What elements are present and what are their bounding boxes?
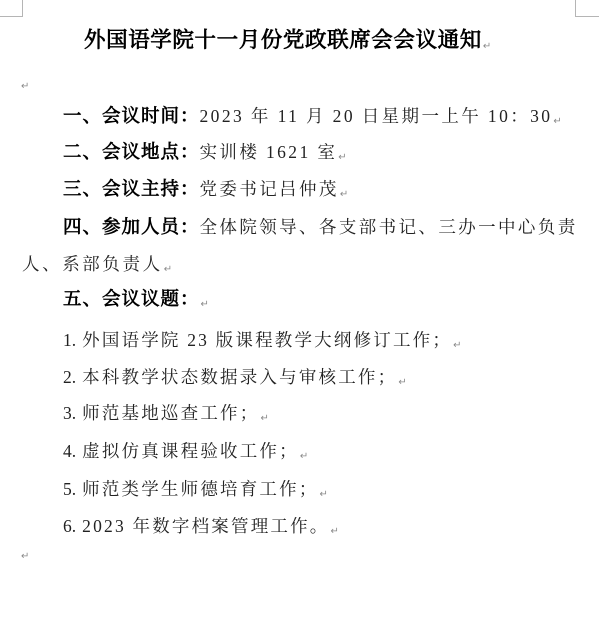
paragraph-mark-icon: ↵ xyxy=(338,152,347,163)
agenda-item-text: 师范类学生师德培育工作； xyxy=(82,479,318,499)
margin-corner-mark-top-right xyxy=(575,0,599,17)
section-value-continuation: 人、系部负责人 xyxy=(22,254,163,274)
paragraph-mark-icon: ↵ xyxy=(260,413,271,424)
paragraph-mark-icon: ↵ xyxy=(21,81,29,92)
agenda-item[interactable]: 4.虚拟仿真课程验收工作；↵ xyxy=(63,439,310,463)
agenda-item[interactable]: 6.2023 年数字档案管理工作。↵ xyxy=(63,514,341,538)
section-attendees[interactable]: 四、参加人员：全体院领导、各支部书记、三办一中心负责 xyxy=(63,215,578,239)
section-agenda[interactable]: 五、会议议题：↵ xyxy=(63,288,209,312)
agenda-item[interactable]: 1.外国语学院 23 版课程教学大纲修订工作；↵ xyxy=(63,328,464,352)
paragraph-mark-icon: ↵ xyxy=(398,377,409,388)
margin-corner-mark-top-left xyxy=(0,0,23,17)
document-page[interactable]: 外国语学院十一月份党政联席会会议通知↵ ↵ 一、会议时间：2023 年 11 月… xyxy=(0,0,614,624)
agenda-item-number: 4. xyxy=(63,441,76,461)
agenda-item-number: 5. xyxy=(63,479,76,499)
agenda-item-number: 3. xyxy=(63,403,76,423)
section-value: 党委书记吕仲茂 xyxy=(200,179,339,199)
section-label: 二、会议地点： xyxy=(63,142,200,163)
section-meeting-time[interactable]: 一、会议时间：2023 年 11 月 20 日星期一上午 10：30↵ xyxy=(63,104,562,128)
document-title[interactable]: 外国语学院十一月份党政联席会会议通知↵ xyxy=(84,29,492,53)
agenda-item-number: 2. xyxy=(63,367,76,387)
section-value: 2023 年 11 月 20 日星期一上午 10：30 xyxy=(200,106,553,126)
agenda-item-number: 1. xyxy=(63,330,76,350)
empty-paragraph[interactable]: ↵ xyxy=(20,540,29,564)
paragraph-mark-icon: ↵ xyxy=(483,41,492,52)
paragraph-mark-icon: ↵ xyxy=(453,340,464,351)
document-title-text: 外国语学院十一月份党政联席会会议通知 xyxy=(84,28,482,53)
section-label: 三、会议主持： xyxy=(63,179,200,200)
agenda-item-number: 6. xyxy=(63,516,76,536)
section-value: 全体院领导、各支部书记、三办一中心负责 xyxy=(200,217,578,237)
section-value: 实训楼 1621 室 xyxy=(200,142,338,162)
section-meeting-location[interactable]: 二、会议地点：实训楼 1621 室↵ xyxy=(63,140,347,164)
section-attendees-continuation[interactable]: 人、系部负责人↵ xyxy=(22,252,175,276)
paragraph-mark-icon: ↵ xyxy=(340,189,349,200)
section-meeting-host[interactable]: 三、会议主持：党委书记吕仲茂↵ xyxy=(63,177,349,201)
agenda-item-text: 外国语学院 23 版课程教学大纲修订工作； xyxy=(82,330,452,350)
agenda-item-text: 虚拟仿真课程验收工作； xyxy=(82,441,299,461)
agenda-item-text: 本科教学状态数据录入与审核工作； xyxy=(82,367,397,387)
agenda-item[interactable]: 3.师范基地巡查工作；↵ xyxy=(63,401,271,425)
section-label: 五、会议议题： xyxy=(63,289,200,310)
agenda-item[interactable]: 2.本科教学状态数据录入与审核工作；↵ xyxy=(63,365,409,389)
paragraph-mark-icon: ↵ xyxy=(320,489,331,500)
agenda-item-text: 师范基地巡查工作； xyxy=(82,403,259,423)
paragraph-mark-icon: ↵ xyxy=(300,451,311,462)
paragraph-mark-icon: ↵ xyxy=(201,299,210,310)
section-label: 四、参加人员： xyxy=(63,217,200,238)
section-label: 一、会议时间： xyxy=(63,106,200,127)
agenda-item[interactable]: 5.师范类学生师德培育工作；↵ xyxy=(63,477,330,501)
paragraph-mark-icon: ↵ xyxy=(553,116,562,127)
agenda-item-text: 2023 年数字档案管理工作。 xyxy=(82,516,329,536)
paragraph-mark-icon: ↵ xyxy=(331,526,342,537)
empty-paragraph[interactable]: ↵ xyxy=(20,70,29,94)
paragraph-mark-icon: ↵ xyxy=(164,264,175,275)
paragraph-mark-icon: ↵ xyxy=(21,551,29,562)
